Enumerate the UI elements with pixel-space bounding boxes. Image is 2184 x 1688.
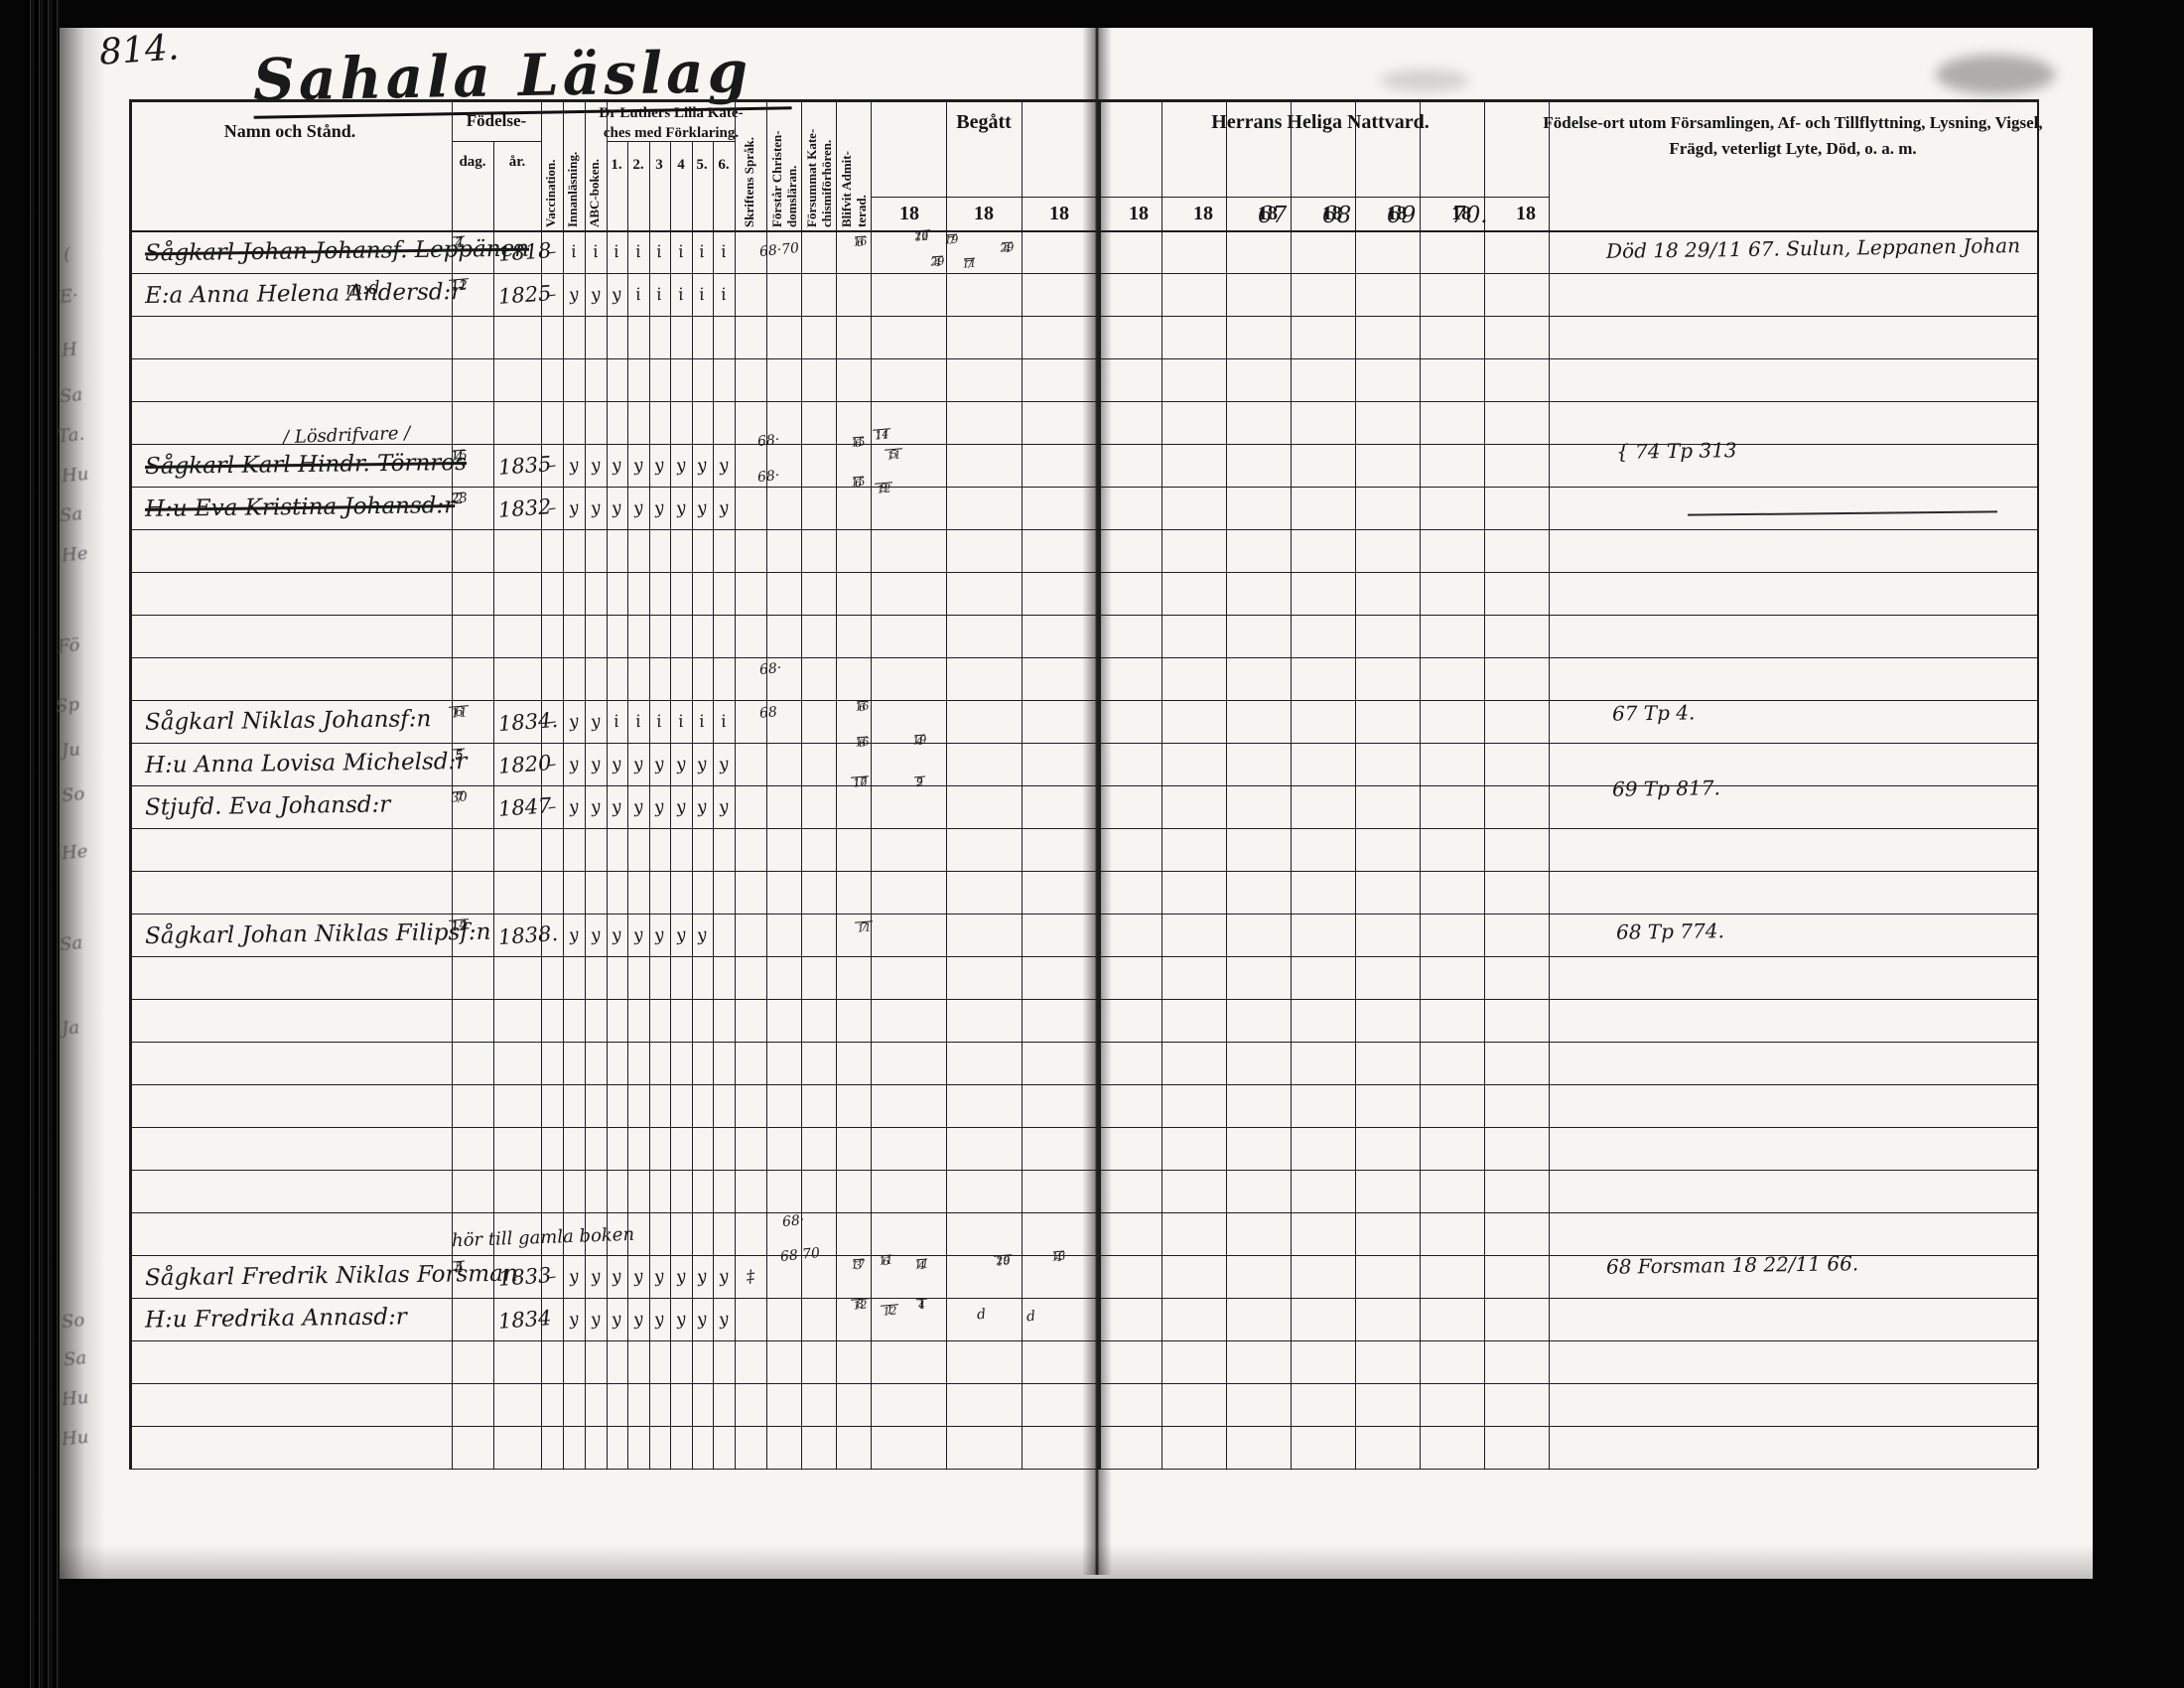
catechism-part-label: 3 bbox=[655, 157, 663, 174]
margin-scribble: He bbox=[61, 543, 88, 567]
denominator: 10 bbox=[851, 775, 870, 789]
handwritten-year: 69 bbox=[1387, 203, 1416, 228]
check-mark: y bbox=[586, 796, 607, 818]
check-mark: i bbox=[564, 241, 585, 263]
grid-hline bbox=[129, 785, 2037, 786]
margin-scribble: Sa bbox=[59, 932, 83, 955]
check-mark: i bbox=[649, 241, 670, 263]
denominator: 4 bbox=[914, 735, 926, 748]
grid-vline bbox=[836, 99, 837, 230]
grid-hline bbox=[129, 1469, 2037, 1470]
denominator: 11 bbox=[449, 705, 471, 721]
grid-vline bbox=[801, 230, 802, 1469]
check-mark: – bbox=[542, 497, 563, 519]
communion-date-mark: d bbox=[1025, 1309, 1036, 1326]
grid-vline bbox=[766, 230, 767, 1469]
grid-vline bbox=[563, 99, 564, 230]
denominator: 11 bbox=[873, 428, 891, 442]
group-label: m:d bbox=[345, 277, 380, 299]
margin-scribble: Sa bbox=[59, 384, 83, 407]
handwritten-year: 68 bbox=[1322, 203, 1351, 228]
grid-vline bbox=[1291, 99, 1292, 230]
grid-hline bbox=[129, 743, 2037, 744]
grid-hline bbox=[129, 1084, 2037, 1085]
denominator: 12 bbox=[912, 229, 931, 243]
check-mark: – bbox=[542, 711, 563, 733]
check-mark: y bbox=[692, 1266, 713, 1288]
grid-hline bbox=[129, 487, 2037, 488]
grid-vline bbox=[1549, 99, 1550, 230]
grid-vline bbox=[871, 99, 872, 230]
check-mark: – bbox=[542, 455, 563, 477]
notes-annotation: 69 Tp 817. bbox=[1612, 775, 1720, 801]
grid-vline bbox=[563, 230, 564, 1469]
grid-hline bbox=[129, 657, 2037, 658]
grid-vline bbox=[713, 141, 714, 230]
entry-name: H:u Fredrika Annasd:r bbox=[145, 1304, 407, 1333]
group-label: / Lösdrifvare / bbox=[283, 423, 411, 448]
grid-vline bbox=[670, 141, 671, 230]
check-mark: y bbox=[692, 924, 713, 946]
denominator: 6 bbox=[857, 737, 869, 750]
check-mark: y bbox=[564, 754, 585, 775]
check-mark: y bbox=[607, 455, 627, 477]
col-header-scripture: Skriftens Språk. bbox=[743, 104, 755, 227]
check-mark: y bbox=[649, 1266, 670, 1288]
check-mark: y bbox=[714, 497, 735, 519]
entry-name: Sågkarl Johan Johansf. Leppänen bbox=[145, 236, 529, 267]
check-mark: y bbox=[628, 754, 649, 775]
denominator: 2 bbox=[453, 492, 467, 507]
col-header-catechism-2: ches med Förklaring. bbox=[604, 125, 739, 142]
check-mark: y bbox=[714, 1309, 735, 1331]
scanned-ledger-page: 814. Sahala Läslag Namn och Stånd. Födel… bbox=[0, 0, 2184, 1688]
denominator: 7 bbox=[964, 258, 976, 271]
check-mark: i bbox=[671, 284, 692, 306]
catechism-part-label: 4 bbox=[677, 157, 685, 174]
check-mark: y bbox=[671, 1266, 692, 1288]
grid-vline bbox=[607, 99, 608, 230]
catechism-note: 68 bbox=[758, 704, 777, 722]
check-mark: i bbox=[692, 241, 713, 263]
check-mark: y bbox=[649, 1309, 670, 1331]
check-mark: y bbox=[671, 497, 692, 519]
margin-scribble: E· bbox=[59, 285, 79, 308]
begun-year-cell: 18 bbox=[1049, 203, 1069, 225]
grid-vline bbox=[1291, 230, 1292, 1469]
grid-hline bbox=[129, 700, 2037, 701]
margin-scribble: Fö bbox=[57, 634, 80, 657]
grid-vline bbox=[1420, 230, 1421, 1469]
page-number: 814. bbox=[98, 27, 181, 72]
grid-vline bbox=[836, 230, 837, 1469]
col-header-reading: Innanläsning. bbox=[566, 104, 579, 227]
denominator: 3 bbox=[853, 1259, 865, 1272]
denominator: 4 bbox=[916, 1259, 928, 1272]
check-mark: y bbox=[671, 455, 692, 477]
grid-vline bbox=[946, 230, 947, 1469]
grid-hline bbox=[871, 197, 1549, 198]
grid-vline bbox=[871, 230, 872, 1469]
grid-hline bbox=[129, 444, 2037, 445]
grid-hline bbox=[129, 1042, 2037, 1043]
check-mark: i bbox=[586, 241, 607, 263]
denominator: 10 bbox=[994, 1254, 1013, 1268]
check-mark: y bbox=[607, 754, 627, 775]
birth-year: 1834 bbox=[497, 1306, 552, 1334]
catechism-note: 68· bbox=[756, 468, 780, 486]
col-header-communion-begun: Begått bbox=[956, 111, 1012, 134]
grid-vline bbox=[585, 99, 586, 230]
check-mark: y bbox=[628, 497, 649, 519]
grid-hline bbox=[129, 273, 2037, 274]
check-mark: – bbox=[542, 796, 563, 818]
scan-bottom-shadow bbox=[60, 1544, 2093, 1584]
col-header-admitted-1: Blifvit Admit- bbox=[840, 104, 853, 227]
margin-scribble: Hu bbox=[61, 1427, 89, 1451]
denominator: 12 bbox=[881, 1304, 899, 1318]
grid-vline bbox=[1226, 230, 1227, 1469]
entry-name: Sågkarl Niklas Johansf:n bbox=[145, 706, 432, 736]
check-mark: y bbox=[564, 1309, 585, 1331]
grid-hline bbox=[129, 99, 2037, 102]
grid-hline bbox=[129, 1298, 2037, 1299]
grid-hline bbox=[129, 316, 2037, 317]
handwritten-year: 67 bbox=[1258, 203, 1287, 228]
grid-vline bbox=[1549, 230, 1550, 1469]
col-header-birth-year: år. bbox=[509, 154, 526, 171]
check-mark: i bbox=[692, 284, 713, 306]
entry-name: H:u Eva Kristina Johansd:r bbox=[145, 492, 455, 522]
catechism-note: 68· bbox=[781, 1212, 805, 1230]
check-mark: y bbox=[586, 1309, 607, 1331]
grid-vline bbox=[585, 230, 586, 1469]
col-header-holy-communion: Herrans Heliga Nattvard. bbox=[1211, 111, 1429, 134]
communion-date-mark: d bbox=[976, 1307, 987, 1324]
check-mark: y bbox=[586, 924, 607, 946]
entry-name: Sågkarl Karl Hindr. Törnros bbox=[145, 450, 467, 480]
margin-scribble: Ja bbox=[61, 1017, 80, 1040]
margin-scribble: So bbox=[61, 1310, 85, 1333]
grid-hline bbox=[129, 1426, 2037, 1427]
check-mark: y bbox=[714, 754, 735, 775]
denominator: 6 bbox=[853, 437, 865, 450]
col-header-catechism-1: Dr Luthers Lilla Kate- bbox=[599, 105, 743, 122]
book-spine-edge bbox=[26, 0, 60, 1688]
check-mark: y bbox=[649, 924, 670, 946]
margin-scribble: Ta. bbox=[57, 424, 85, 448]
check-mark: ‡ bbox=[741, 1266, 761, 1288]
grid-vline bbox=[493, 141, 494, 230]
catechism-part-label: 1. bbox=[611, 157, 621, 174]
denominator: 12 bbox=[449, 278, 471, 294]
check-mark: y bbox=[649, 455, 670, 477]
check-mark: i bbox=[714, 241, 735, 263]
check-mark: y bbox=[607, 796, 627, 818]
grid-hline bbox=[129, 828, 2037, 829]
catechism-note: 68· bbox=[756, 432, 780, 450]
ink-smudge bbox=[1380, 70, 1469, 91]
check-mark: y bbox=[628, 924, 649, 946]
check-mark: y bbox=[586, 711, 607, 733]
grid-vline bbox=[627, 230, 628, 1469]
grid-vline bbox=[766, 99, 767, 230]
margin-scribble: Ju bbox=[61, 739, 81, 762]
check-mark: y bbox=[564, 497, 585, 519]
grid-vline bbox=[946, 99, 947, 230]
notes-annotation: 68 Tp 774. bbox=[1616, 918, 1724, 944]
grid-vline bbox=[1161, 99, 1162, 230]
begun-year-cell: 18 bbox=[899, 203, 919, 225]
check-mark: y bbox=[586, 754, 607, 775]
grid-hline bbox=[129, 956, 2037, 957]
catechism-note: 68· bbox=[758, 660, 782, 678]
col-header-missed-2: chismiförhören. bbox=[820, 104, 833, 227]
catechism-part-label: 5. bbox=[696, 157, 707, 174]
grid-vline bbox=[129, 99, 132, 1469]
denominator: 6 bbox=[855, 236, 867, 249]
check-mark: y bbox=[692, 497, 713, 519]
notes-annotation: { 74 Tp 313 bbox=[1616, 438, 1737, 464]
denominator: 2 bbox=[914, 776, 926, 789]
check-mark: – bbox=[542, 241, 563, 263]
check-mark: i bbox=[649, 284, 670, 306]
denominator: 4 bbox=[453, 449, 467, 465]
check-mark: y bbox=[671, 796, 692, 818]
check-mark: y bbox=[628, 1309, 649, 1331]
check-mark: y bbox=[607, 497, 627, 519]
margin-scribble: So bbox=[61, 783, 85, 806]
check-mark: y bbox=[564, 284, 585, 306]
check-mark: – bbox=[542, 1266, 563, 1288]
printed-year: 18 bbox=[1129, 203, 1149, 225]
check-mark: y bbox=[564, 796, 585, 818]
grid-vline bbox=[670, 230, 671, 1469]
check-mark: y bbox=[607, 1309, 627, 1331]
grid-vline bbox=[1355, 99, 1356, 230]
check-mark: i bbox=[714, 284, 735, 306]
col-header-notes-2: Frägd, veterligt Lyte, Död, o. a. m. bbox=[1669, 139, 1916, 159]
grid-vline bbox=[1022, 230, 1023, 1469]
margin-scribble: Hu bbox=[61, 464, 89, 488]
printed-year: 18 bbox=[1516, 203, 1536, 225]
col-header-vaccination: Vaccination. bbox=[544, 104, 557, 227]
denominator: 6 bbox=[857, 701, 869, 714]
denominator: 4 bbox=[1053, 1251, 1065, 1264]
catechism-part-label: 6. bbox=[718, 157, 729, 174]
denominator: 11 bbox=[885, 448, 903, 462]
grid-vline bbox=[713, 230, 714, 1469]
check-mark: y bbox=[714, 1266, 735, 1288]
col-header-abc-book: ABC-boken. bbox=[588, 104, 601, 227]
check-mark: y bbox=[714, 455, 735, 477]
check-mark: y bbox=[607, 1266, 627, 1288]
denominator: 6 bbox=[853, 477, 865, 490]
grid-hline bbox=[129, 401, 2037, 402]
check-mark: y bbox=[628, 796, 649, 818]
grid-vline bbox=[1355, 230, 1356, 1469]
margin-scribble: Sa bbox=[63, 1347, 87, 1370]
check-mark: y bbox=[692, 754, 713, 775]
margin-scribble: Sa bbox=[59, 503, 83, 526]
grid-hline bbox=[129, 615, 2037, 616]
handwritten-year: 70. bbox=[1451, 203, 1488, 228]
check-mark: i bbox=[607, 241, 627, 263]
col-header-admitted-2: terad. bbox=[855, 104, 868, 227]
check-mark: i bbox=[628, 711, 649, 733]
check-mark: y bbox=[649, 754, 670, 775]
denominator: 11 bbox=[855, 920, 874, 934]
margin-scribble: He bbox=[61, 841, 88, 865]
margin-scribble: H bbox=[61, 339, 78, 361]
check-mark: i bbox=[628, 284, 649, 306]
grid-vline bbox=[1161, 230, 1162, 1469]
denominator: 12 bbox=[875, 482, 893, 495]
grid-hline bbox=[129, 358, 2037, 359]
check-mark: y bbox=[671, 1309, 692, 1331]
notes-annotation: 67 Tp 4. bbox=[1612, 700, 1696, 725]
grid-hline bbox=[129, 1170, 2037, 1171]
catechism-part-label: 2. bbox=[632, 157, 643, 174]
grid-hline bbox=[129, 999, 2037, 1000]
grid-vline bbox=[735, 99, 736, 230]
check-mark: y bbox=[564, 455, 585, 477]
denominator: 7 bbox=[946, 234, 958, 247]
grid-vline bbox=[2037, 99, 2039, 1469]
check-mark: – bbox=[542, 754, 563, 775]
grid-hline bbox=[129, 914, 2037, 914]
check-mark: y bbox=[692, 1309, 713, 1331]
check-mark: y bbox=[564, 924, 585, 946]
check-mark: y bbox=[564, 1266, 585, 1288]
check-mark: – bbox=[542, 284, 563, 306]
check-mark: y bbox=[586, 284, 607, 306]
denominator: 7 bbox=[453, 790, 467, 806]
grid-hline bbox=[129, 1383, 2037, 1384]
check-mark: y bbox=[586, 455, 607, 477]
grid-vline bbox=[1097, 99, 1101, 1469]
grid-hline bbox=[452, 141, 541, 142]
margin-scribble: Sp bbox=[55, 694, 80, 717]
check-mark: y bbox=[692, 455, 713, 477]
check-mark: y bbox=[671, 924, 692, 946]
grid-vline bbox=[1226, 99, 1227, 230]
col-header-understands-1: Förstår Christen- bbox=[770, 104, 783, 227]
denominator: 4 bbox=[1002, 242, 1014, 255]
denominator: 12 bbox=[851, 1298, 870, 1312]
birth-year: 1838. bbox=[497, 921, 559, 949]
grid-hline bbox=[129, 529, 2037, 530]
check-mark: y bbox=[628, 455, 649, 477]
check-mark: i bbox=[607, 711, 627, 733]
grid-vline bbox=[627, 141, 628, 230]
denominator: 5 bbox=[453, 748, 467, 764]
begun-year-cell: 18 bbox=[974, 203, 994, 225]
check-mark: y bbox=[607, 284, 627, 306]
grid-vline bbox=[649, 141, 650, 230]
check-mark: i bbox=[628, 241, 649, 263]
check-mark: i bbox=[692, 711, 713, 733]
printed-year: 18 bbox=[1193, 203, 1213, 225]
check-mark: i bbox=[671, 241, 692, 263]
check-mark: i bbox=[671, 711, 692, 733]
denominator: 4 bbox=[453, 235, 467, 251]
denominator: 4 bbox=[932, 256, 944, 269]
check-mark: y bbox=[671, 754, 692, 775]
denominator: 6 bbox=[881, 1255, 892, 1268]
entry-name: H:u Anna Lovisa Michelsd:r bbox=[145, 749, 468, 778]
check-mark: y bbox=[607, 924, 627, 946]
margin-scribble: Hu bbox=[61, 1387, 89, 1411]
col-header-name: Namn och Stånd. bbox=[224, 121, 356, 142]
check-mark: i bbox=[649, 711, 670, 733]
grid-vline bbox=[1420, 99, 1421, 230]
col-header-missed-1: Försummat Kate- bbox=[805, 104, 818, 227]
col-header-understands-2: domsläran. bbox=[785, 104, 798, 227]
ink-smudge bbox=[1936, 55, 2055, 94]
check-mark: y bbox=[649, 497, 670, 519]
grid-hline bbox=[129, 1127, 2037, 1128]
grid-vline bbox=[735, 230, 736, 1469]
entry-name: Sågkarl Johan Niklas Filipsf:n bbox=[145, 919, 491, 949]
check-mark: y bbox=[649, 796, 670, 818]
entry-name: Stjufd. Eva Johansd:r bbox=[145, 791, 391, 820]
grid-hline bbox=[129, 1340, 2037, 1341]
grid-hline bbox=[129, 1212, 2037, 1213]
col-header-notes-1: Födelse-ort utom Församlingen, Af- och T… bbox=[1543, 113, 2042, 133]
check-mark: y bbox=[628, 1266, 649, 1288]
denominator: 4 bbox=[453, 1260, 467, 1276]
col-header-birth-day: dag. bbox=[459, 154, 485, 171]
grid-hline bbox=[129, 572, 2037, 573]
grid-vline bbox=[452, 99, 453, 230]
grid-vline bbox=[692, 141, 693, 230]
denominator: 4 bbox=[916, 1299, 928, 1312]
denominator: 12 bbox=[449, 918, 471, 934]
grid-hline bbox=[129, 871, 2037, 872]
grid-vline bbox=[1484, 230, 1485, 1469]
check-mark: y bbox=[692, 796, 713, 818]
check-mark: y bbox=[586, 497, 607, 519]
entry-name: E:a Anna Helena Andersd:r bbox=[145, 279, 463, 309]
check-mark: y bbox=[714, 796, 735, 818]
grid-vline bbox=[541, 99, 542, 230]
grid-vline bbox=[1022, 99, 1023, 230]
check-mark: y bbox=[564, 711, 585, 733]
grid-vline bbox=[801, 99, 802, 230]
check-mark: i bbox=[714, 711, 735, 733]
notes-annotation: 68 Forsman 18 22/11 66. bbox=[1606, 1251, 1859, 1279]
check-mark: y bbox=[586, 1266, 607, 1288]
grid-hline bbox=[129, 230, 2037, 232]
col-header-birth: Födelse- bbox=[467, 111, 526, 131]
